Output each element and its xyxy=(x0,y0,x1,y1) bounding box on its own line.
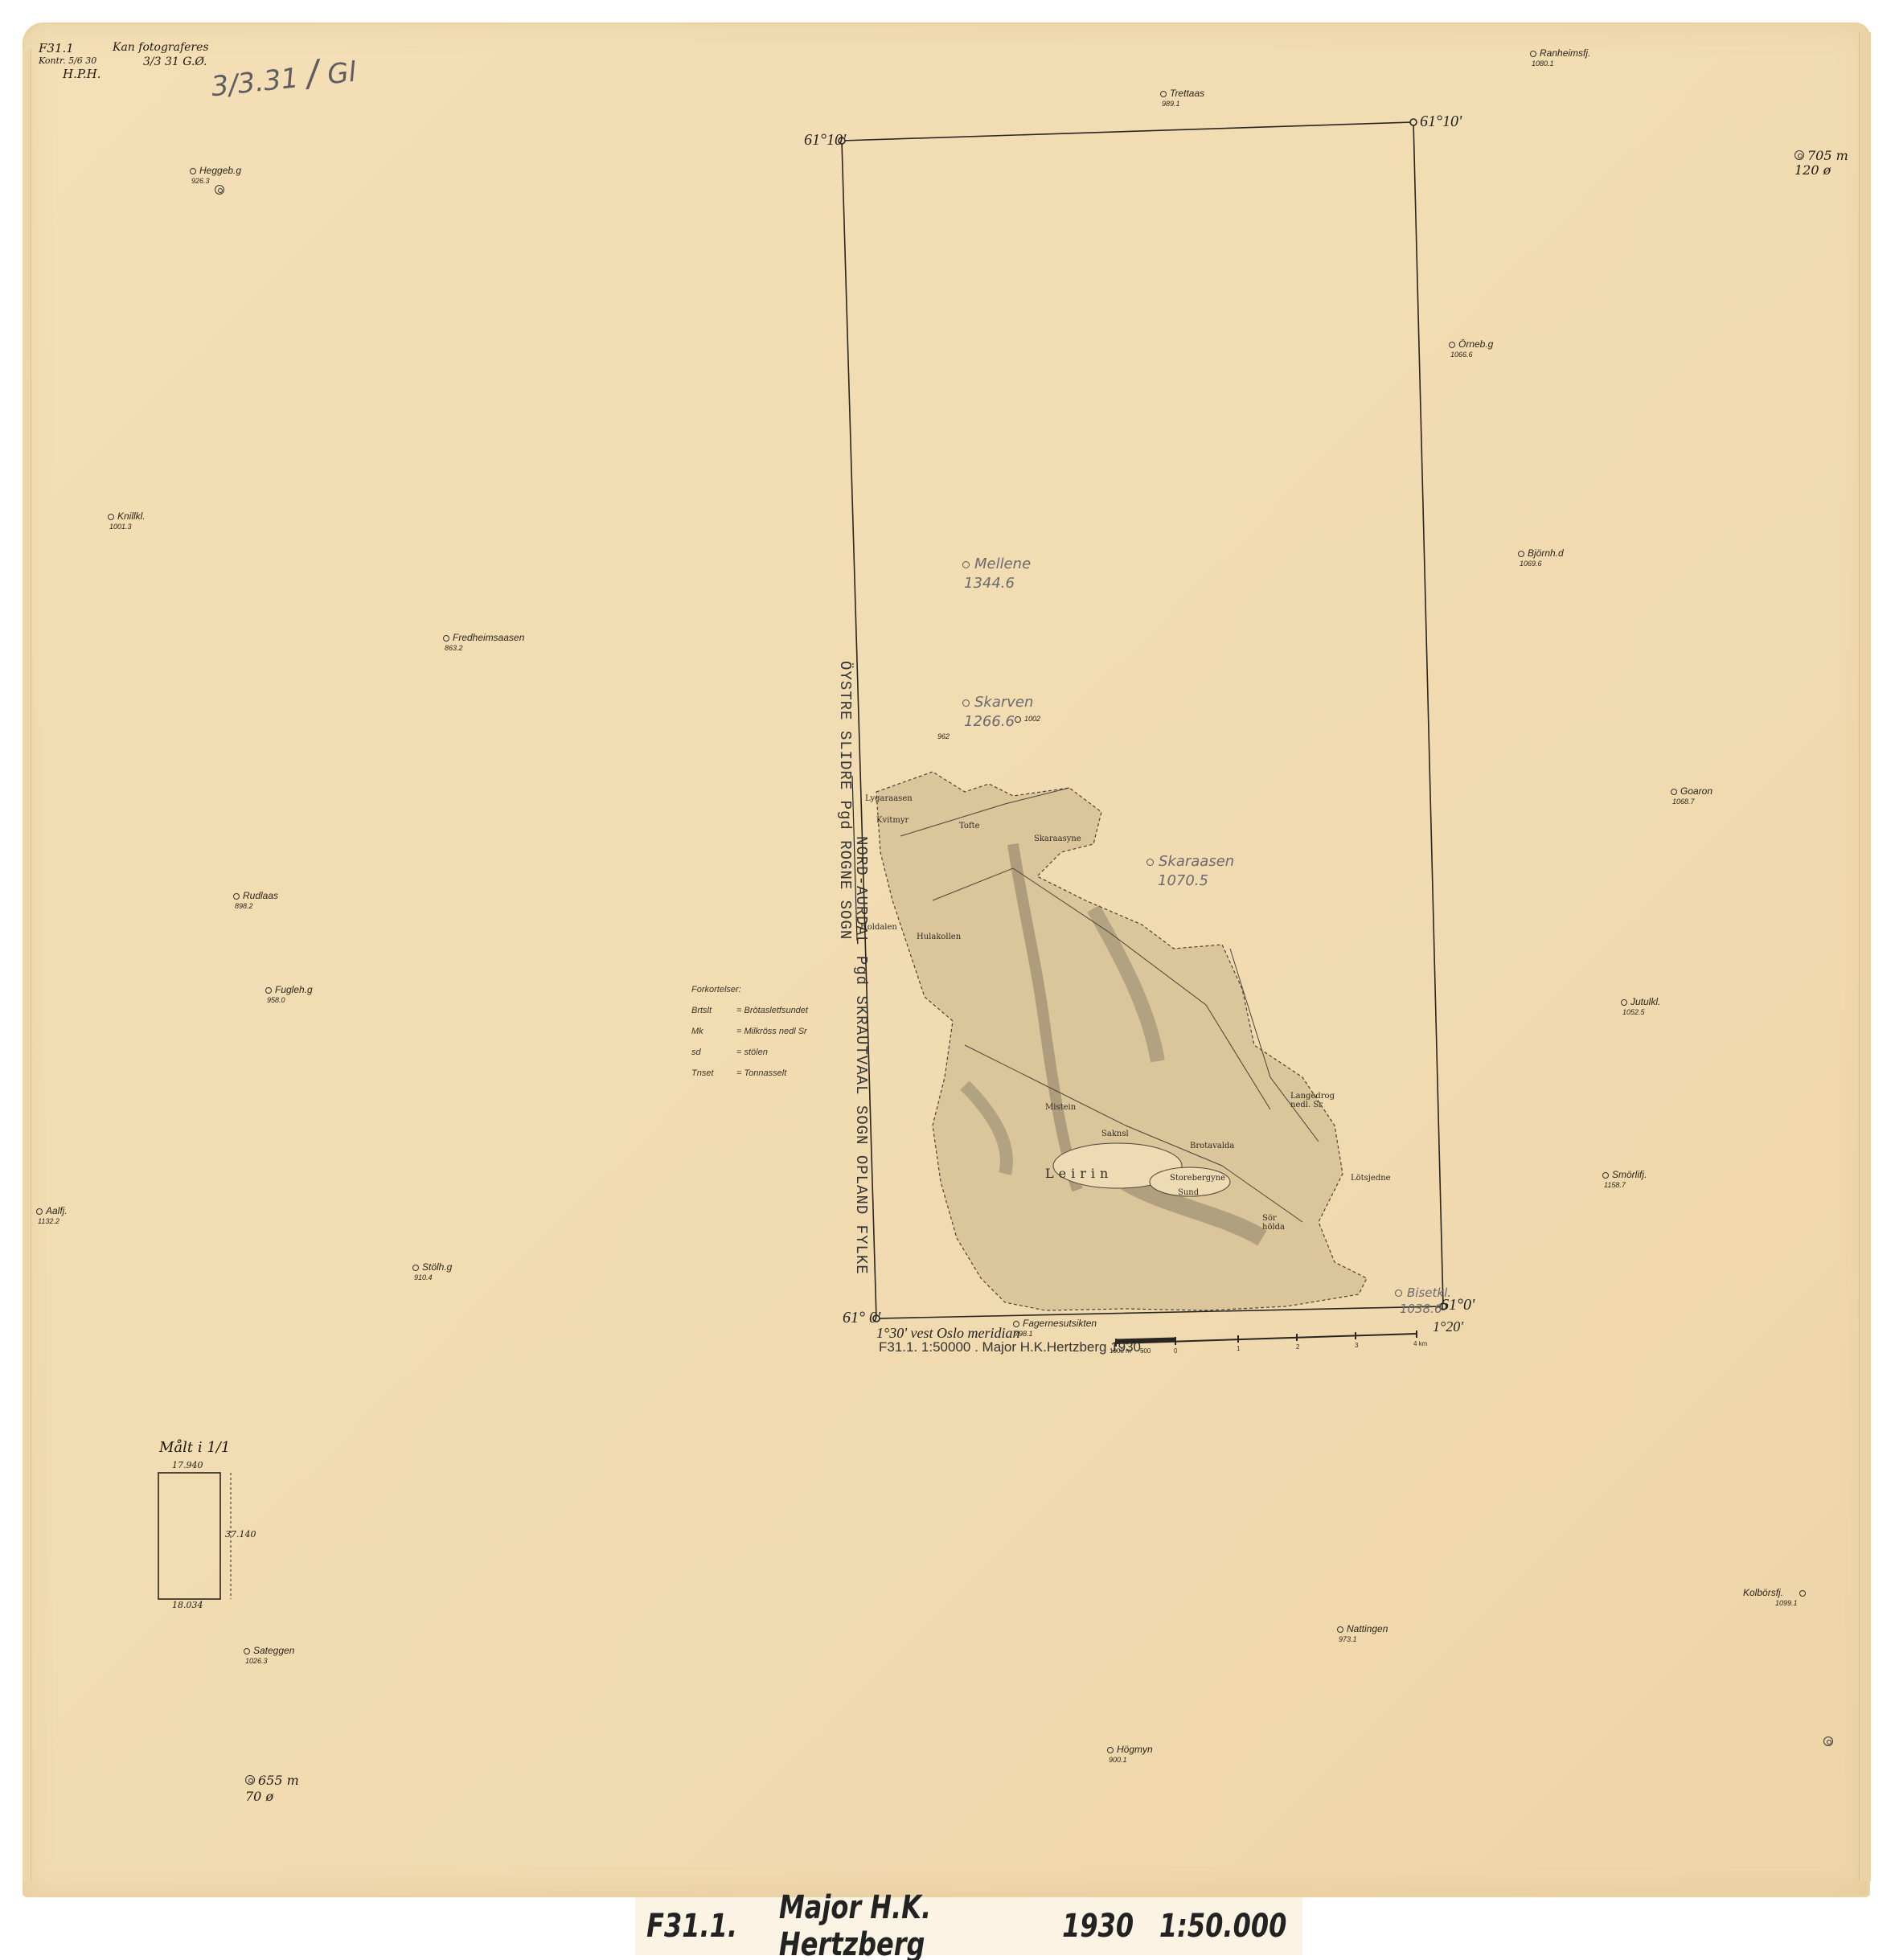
trig-point: Sateggen1026.3 xyxy=(244,1646,294,1667)
point-elev: 1099.1 xyxy=(1743,1598,1809,1609)
point-ring-icon xyxy=(108,514,114,520)
point-elev: 900.1 xyxy=(1107,1755,1153,1765)
point-elev: 1052.5 xyxy=(1621,1007,1660,1018)
point-ring-icon xyxy=(1146,859,1154,866)
point-elev: 989.1 xyxy=(1160,99,1204,109)
point-elev: 973.1 xyxy=(1337,1634,1388,1645)
point-elev: 958.0 xyxy=(265,995,313,1006)
terrain-name: Lötsjedne xyxy=(1351,1174,1391,1183)
trig-point: Trettaas989.1 xyxy=(1160,88,1204,109)
point-elev: 863.2 xyxy=(443,643,524,654)
terrain-name: Sör hölda xyxy=(1262,1214,1285,1232)
scale-bar xyxy=(1116,1331,1417,1347)
trig-point: Rudlaas898.2 xyxy=(233,891,278,912)
terrain-name: Sund xyxy=(1178,1188,1199,1197)
point-ring-icon xyxy=(1013,1321,1019,1327)
terrain-name: Leirin xyxy=(1045,1166,1113,1181)
pencil-point-mellene: Mellene 1344.6 xyxy=(962,555,1031,593)
legend-row: Tnset= Tonnasselt xyxy=(691,1068,808,1078)
point-name: Nattingen xyxy=(1347,1623,1388,1634)
longitude-label-right: 1°20' xyxy=(1433,1318,1463,1335)
trig-point: Goaron1068.7 xyxy=(1671,786,1712,807)
point-elev: 798.1 xyxy=(1013,1329,1097,1339)
trig-point: Fagernesutsikten798.1 xyxy=(1013,1318,1097,1339)
spot-height-value: 1002 xyxy=(1024,715,1040,723)
point-ring-icon xyxy=(412,1265,419,1271)
terrain-name: Mistein xyxy=(1045,1103,1076,1112)
pencil-point-bisetkl: Bisetkl. 1038.6 xyxy=(1395,1285,1451,1317)
point-elev: 1158.7 xyxy=(1602,1180,1647,1191)
point-name: Fagernesutsikten xyxy=(1023,1318,1097,1329)
point-name: Fugleh.g xyxy=(275,984,313,995)
maalt-height: 37.140 xyxy=(225,1529,256,1540)
point-elev: 1080.1 xyxy=(1530,59,1590,69)
point-name: Fredheimsaasen xyxy=(453,632,524,643)
boundary-text-lower: NORD-AURDAL Pgd SKRAUTVAAL SOGN OPLAND F… xyxy=(852,836,870,1275)
point-elev: 926.3 xyxy=(190,176,241,187)
legend-row: Mk= Milkröss nedl Sr xyxy=(691,1027,808,1036)
point-ring-icon xyxy=(1015,716,1021,723)
label-author: Major H.K. Hertzberg xyxy=(779,1889,1023,1960)
scale-tick-2: 2 xyxy=(1296,1343,1299,1351)
point-name: Ranheimsfj. xyxy=(1540,47,1590,59)
point-elev: 1066.6 xyxy=(1449,350,1493,360)
scale-tick-0: 0 xyxy=(1174,1347,1177,1355)
trig-point: Kolbörsfj.1099.1 xyxy=(1743,1588,1809,1609)
terrain-name: Langedrog nedl. Sr xyxy=(1290,1092,1335,1109)
scale-tick-1: 1 xyxy=(1237,1345,1240,1352)
legend-title: Forkortelser: xyxy=(691,985,808,994)
trig-point: Nattingen973.1 xyxy=(1337,1624,1388,1645)
terrain-name: Storebergyne xyxy=(1170,1174,1225,1183)
trig-point: Aalfj.1132.2 xyxy=(36,1206,68,1227)
point-ring-icon xyxy=(1621,999,1627,1006)
pencil-point-skarven: Skarven 1266.6 xyxy=(962,693,1033,732)
terrain-name: Hulakollen xyxy=(917,933,961,941)
trig-point: Björnh.d1069.6 xyxy=(1518,548,1564,569)
corner-label-top-right: 61°10' xyxy=(1420,113,1462,131)
point-name: Aalfj. xyxy=(46,1205,68,1216)
point-ring-icon xyxy=(1449,342,1455,348)
point-elev: 898.2 xyxy=(233,901,278,912)
point-name: Stölh.g xyxy=(422,1261,452,1273)
measurement-frame xyxy=(158,1473,231,1599)
trig-point: Stölh.g910.4 xyxy=(412,1262,452,1283)
point-name: Högmyn xyxy=(1117,1744,1153,1755)
abbreviations-legend: Forkortelser: Brtslt= Brötasletfsundet M… xyxy=(691,985,808,1078)
terrain-name: Saknsl xyxy=(1101,1130,1129,1138)
legend-abbr: sd xyxy=(691,1048,728,1057)
point-ring-icon xyxy=(443,635,449,642)
terrain-name: Skaraasyne xyxy=(1034,834,1081,843)
point-name: Bisetkl. xyxy=(1407,1285,1451,1300)
trig-point: Heggeb.g926.3 xyxy=(190,166,241,187)
scale-tick-500: 500 xyxy=(1140,1347,1151,1355)
point-name: Sateggen xyxy=(253,1645,294,1656)
bottom-label-strip: F31.1. Major H.K. Hertzberg 1930 1:50.00… xyxy=(635,1897,1302,1955)
maalt-width-top: 17.940 xyxy=(172,1460,203,1470)
trig-point: Fugleh.g958.0 xyxy=(265,985,313,1006)
trig-point: Högmyn900.1 xyxy=(1107,1745,1153,1765)
trig-point: Knillkl.1001.3 xyxy=(108,511,146,532)
pencil-point-skaraasen: Skaraasen 1070.5 xyxy=(1146,852,1234,891)
point-name: Örneb.g xyxy=(1458,338,1493,350)
spot-height-value: 962 xyxy=(937,732,950,740)
trig-point: Ranheimsfj.1080.1 xyxy=(1530,48,1590,69)
scale-tick-4km: 4 km xyxy=(1413,1340,1427,1347)
point-name: Kolbörsfj. xyxy=(1743,1587,1783,1598)
point-ring-icon xyxy=(1799,1590,1806,1597)
point-ring-icon xyxy=(1602,1172,1609,1179)
terrain-area xyxy=(876,772,1367,1310)
point-ring-icon xyxy=(233,893,240,900)
point-ring-icon xyxy=(1671,789,1677,795)
legend-meaning: = Tonnasselt xyxy=(736,1068,786,1078)
point-elev: 910.4 xyxy=(412,1273,452,1283)
point-name: Björnh.d xyxy=(1528,547,1564,559)
point-ring-icon xyxy=(962,561,970,568)
maalt-note: Målt i 1/1 xyxy=(159,1439,230,1456)
legend-row: sd= stölen xyxy=(691,1048,808,1057)
scale-tick-3: 3 xyxy=(1355,1342,1358,1349)
point-elev: 1132.2 xyxy=(36,1216,68,1227)
point-name: Goaron xyxy=(1680,785,1712,797)
trig-point: Smörlifj.1158.7 xyxy=(1602,1170,1647,1191)
point-name: Jutulkl. xyxy=(1630,996,1660,1007)
point-ring-icon xyxy=(244,1648,250,1655)
legend-meaning: = Milkröss nedl Sr xyxy=(736,1027,807,1036)
point-name: Mellene xyxy=(974,556,1031,572)
boundary-text-upper: ÖYSTRE SLIDRE Pgd ROGNE SOGN xyxy=(836,661,854,940)
point-ring-icon xyxy=(1160,91,1167,97)
corner-label-top-left: 61°10' xyxy=(804,131,846,150)
point-ring-icon xyxy=(190,168,196,174)
legend-abbr: Tnset xyxy=(691,1068,728,1078)
terrain-name: Tofte xyxy=(959,822,980,830)
point-elev: 1069.6 xyxy=(1518,559,1564,569)
trig-point: Jutulkl.1052.5 xyxy=(1621,997,1660,1018)
point-elev: 1001.3 xyxy=(108,522,146,532)
point-ring-icon xyxy=(1395,1290,1402,1297)
point-ring-icon xyxy=(36,1208,43,1215)
point-name: Skaraasen xyxy=(1159,853,1234,870)
point-ring-icon xyxy=(1337,1626,1343,1633)
legend-abbr: Brtslt xyxy=(691,1006,728,1015)
legend-meaning: = stölen xyxy=(736,1048,768,1057)
spot-height: 1002 xyxy=(1015,714,1040,724)
point-name: Trettaas xyxy=(1170,88,1204,99)
point-name: Skarven xyxy=(974,694,1033,711)
point-name: Smörlifj. xyxy=(1612,1169,1647,1180)
label-sheet-id: F31.1. xyxy=(646,1908,737,1945)
terrain-name: Kvitmyr xyxy=(876,816,909,825)
point-elev: 1344.6 xyxy=(962,574,1031,593)
point-elev: 1068.7 xyxy=(1671,797,1712,807)
terrain-name: Brotavalda xyxy=(1190,1142,1234,1150)
legend-abbr: Mk xyxy=(691,1027,728,1036)
point-ring-icon xyxy=(265,987,272,994)
scale-tick-1000m: 1000 m xyxy=(1110,1347,1131,1355)
legend-meaning: = Brötasletfsundet xyxy=(736,1006,808,1015)
terrain-name: Lygaraasen xyxy=(865,794,913,803)
point-name: Knillkl. xyxy=(117,511,146,522)
spot-height: 962 xyxy=(937,732,950,742)
point-elev: 1070.5 xyxy=(1146,871,1234,891)
trig-point: Fredheimsaasen863.2 xyxy=(443,633,524,654)
trig-point: Örneb.g1066.6 xyxy=(1449,339,1493,360)
point-elev: 1026.3 xyxy=(244,1656,294,1667)
corner-label-bottom-left: 61° 0' xyxy=(843,1309,880,1327)
point-elev: 1038.6 xyxy=(1395,1301,1451,1317)
point-ring-icon xyxy=(1107,1747,1114,1753)
point-name: Heggeb.g xyxy=(199,165,241,176)
imprint: F31.1. 1:50000 . Major H.K.Hertzberg 193… xyxy=(879,1339,1145,1355)
point-ring-icon xyxy=(1530,51,1536,57)
terrain-name: Holdalen xyxy=(860,923,897,932)
point-ring-icon xyxy=(1518,551,1524,557)
legend-row: Brtslt= Brötasletfsundet xyxy=(691,1006,808,1015)
label-year: 1930 xyxy=(1063,1908,1134,1945)
point-name: Rudlaas xyxy=(243,890,278,901)
label-scale: 1:50.000 xyxy=(1159,1908,1287,1945)
maalt-width-bottom: 18.034 xyxy=(172,1600,203,1610)
point-ring-icon xyxy=(962,699,970,707)
